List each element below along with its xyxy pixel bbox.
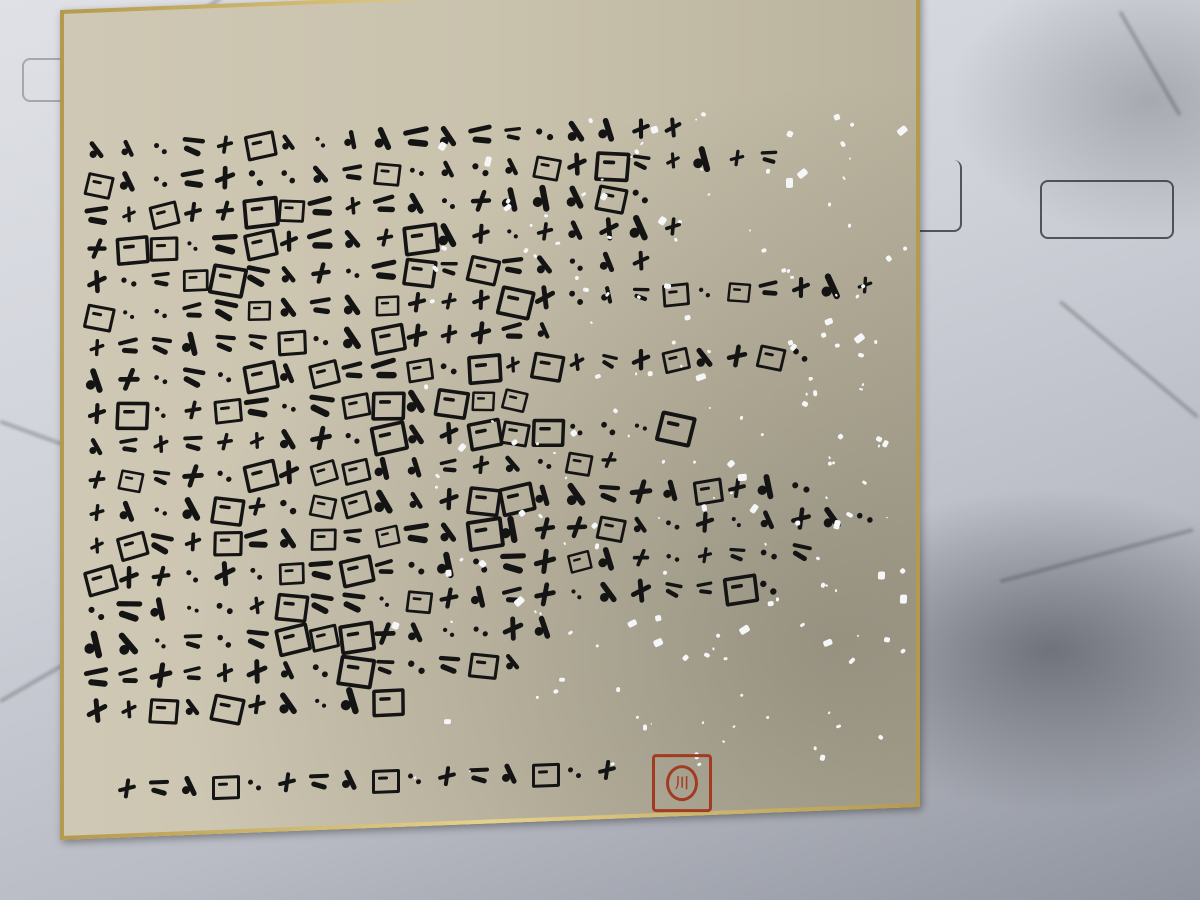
seal-glyph: 川 (666, 765, 698, 801)
ink-character (758, 145, 780, 168)
ink-character (110, 361, 148, 398)
silver-fleck (836, 433, 843, 440)
silver-fleck (799, 622, 805, 627)
ink-character (370, 124, 400, 154)
ink-character (464, 481, 498, 514)
ink-character (274, 424, 304, 455)
ink-character (305, 322, 337, 355)
marble-vein (1059, 300, 1199, 418)
ink-character (495, 182, 530, 216)
ink-character (628, 512, 653, 538)
silver-fleck (900, 648, 906, 654)
silver-fleck (827, 202, 830, 206)
silver-fleck (824, 317, 833, 325)
ink-character (725, 543, 748, 565)
silver-fleck (878, 444, 881, 447)
ink-character (175, 458, 211, 493)
ink-character (145, 197, 176, 229)
silver-fleck (543, 214, 547, 218)
silver-fleck (567, 630, 573, 635)
ink-character (400, 253, 434, 286)
ink-character (467, 219, 495, 248)
ink-character (118, 137, 140, 160)
ink-character (238, 520, 275, 558)
ink-character (339, 257, 367, 286)
ink-character (470, 388, 492, 410)
ink-character (562, 758, 588, 785)
ink-character (596, 348, 622, 373)
ink-character (782, 466, 820, 505)
ink-character (114, 775, 140, 802)
ink-character (687, 141, 724, 177)
ink-character (115, 695, 143, 723)
ink-character (113, 528, 146, 561)
ink-character (276, 360, 302, 386)
ink-character (501, 121, 524, 145)
ink-character (206, 554, 245, 594)
ink-character (628, 149, 655, 175)
ink-character (464, 250, 499, 284)
silver-fleck (834, 344, 840, 349)
ink-character (334, 649, 373, 687)
ink-character (83, 466, 111, 493)
ink-character (531, 151, 560, 179)
ink-character (335, 616, 371, 653)
ink-character (80, 198, 114, 233)
ink-character (560, 510, 595, 544)
ink-character (468, 452, 494, 478)
silver-fleck (583, 287, 589, 291)
ink-character (209, 624, 241, 655)
mat-seam (1040, 180, 1174, 239)
ink-character (464, 184, 499, 218)
ink-character (244, 691, 270, 718)
ink-character (402, 188, 432, 219)
silver-fleck (696, 373, 707, 382)
silver-fleck (849, 122, 855, 127)
ink-character (304, 422, 337, 454)
silver-fleck (776, 598, 779, 602)
silver-fleck (702, 721, 705, 724)
ink-character (241, 127, 274, 161)
ink-character (274, 769, 300, 796)
ink-character (785, 536, 816, 566)
silver-fleck (653, 638, 664, 648)
ink-character (237, 157, 277, 196)
ink-character (143, 525, 180, 561)
ink-character (466, 317, 497, 349)
ink-character (85, 335, 109, 360)
ink-character (373, 522, 398, 547)
ink-character (630, 283, 653, 305)
ink-character (402, 419, 432, 450)
ink-character (499, 384, 526, 411)
ink-character (559, 475, 596, 513)
ink-character (305, 258, 337, 289)
silver-fleck (626, 618, 637, 628)
ink-character (338, 487, 369, 518)
ink-character (400, 648, 434, 683)
ink-character (591, 210, 628, 247)
ink-character (271, 488, 307, 522)
silver-fleck (635, 372, 637, 375)
ink-character (114, 661, 145, 692)
silver-fleck (878, 572, 885, 580)
silver-fleck (643, 725, 647, 731)
ink-character (399, 218, 435, 255)
ink-character (211, 527, 239, 555)
ink-character (305, 356, 337, 388)
ink-character (244, 427, 270, 453)
ink-character (694, 544, 715, 566)
ink-character (626, 245, 656, 276)
ink-character (816, 500, 850, 534)
ink-character (307, 128, 334, 155)
ink-character (434, 649, 465, 679)
ink-character (80, 232, 114, 265)
silver-fleck (684, 315, 691, 321)
ink-character (528, 347, 562, 380)
marble-vein (1000, 528, 1194, 583)
ink-character (398, 514, 435, 552)
ink-character (113, 330, 144, 362)
ink-character (175, 360, 210, 395)
ink-character (146, 561, 176, 590)
marble-vein (1119, 11, 1182, 116)
ink-character (340, 522, 366, 549)
silver-fleck (824, 496, 827, 500)
ink-character (400, 384, 434, 420)
ink-character (240, 622, 273, 654)
ink-character (563, 348, 591, 377)
ink-character (206, 291, 244, 328)
ink-character (309, 525, 333, 549)
ink-character (274, 391, 304, 422)
ink-character (690, 474, 720, 505)
ink-character (534, 320, 556, 341)
ink-character (243, 591, 271, 620)
ink-character (502, 155, 525, 179)
silver-fleck (859, 388, 863, 391)
ink-character (693, 280, 717, 303)
ink-character (272, 588, 306, 621)
ink-character (501, 352, 526, 377)
ink-character (368, 187, 403, 223)
ink-character (180, 198, 206, 225)
ink-character (79, 659, 116, 697)
silver-fleck (536, 696, 539, 699)
silver-fleck (836, 725, 842, 730)
ink-character (246, 297, 268, 319)
ink-character (338, 766, 364, 793)
silver-fleck (823, 638, 833, 647)
ink-character (594, 478, 625, 508)
silver-fleck (595, 644, 599, 648)
ink-character (659, 542, 687, 571)
ink-character (593, 114, 626, 146)
ink-character (816, 269, 850, 303)
ink-character (148, 630, 173, 655)
ink-character (337, 288, 369, 321)
ink-character (366, 416, 404, 455)
ink-character (465, 151, 498, 185)
ink-character (148, 496, 175, 524)
ink-character (437, 290, 460, 313)
silver-fleck (594, 543, 599, 549)
ink-character (660, 279, 686, 306)
red-seal-stamp: 川 (652, 754, 712, 812)
ink-character (116, 168, 143, 196)
silver-fleck (715, 633, 721, 639)
ink-character (243, 328, 270, 355)
ink-character (434, 763, 460, 790)
silver-fleck (703, 652, 710, 658)
silver-fleck (787, 130, 794, 137)
ink-character (367, 616, 404, 652)
ink-character (306, 768, 332, 795)
ink-character (239, 191, 275, 228)
silver-fleck (737, 474, 746, 481)
ink-character (335, 320, 370, 356)
signature-line (114, 752, 620, 805)
ink-character (85, 434, 109, 459)
ink-character (338, 455, 367, 485)
ink-character (595, 249, 622, 275)
silver-fleck (617, 687, 621, 692)
ink-character (339, 389, 368, 419)
ink-character (622, 571, 660, 610)
ink-character (146, 694, 176, 723)
ink-character (82, 398, 112, 429)
ink-character (370, 765, 396, 792)
ink-character (498, 760, 524, 787)
ink-character (178, 295, 209, 326)
silver-fleck (877, 734, 884, 741)
ink-character (594, 511, 624, 540)
ink-character (177, 492, 210, 526)
silver-fleck (655, 615, 663, 622)
ink-character (113, 231, 145, 264)
ink-character (401, 319, 432, 352)
silver-fleck (636, 716, 640, 719)
ink-character (659, 344, 687, 373)
ink-character (306, 620, 336, 651)
silver-fleck (842, 176, 846, 180)
ink-character (529, 612, 560, 642)
silver-fleck (853, 332, 865, 343)
ink-character (592, 180, 625, 212)
ink-character (438, 157, 461, 180)
ink-character (337, 223, 368, 255)
ink-character (529, 414, 561, 445)
silver-fleck (862, 480, 868, 485)
ink-character (78, 691, 117, 731)
ink-character (118, 302, 141, 325)
silver-fleck (835, 590, 838, 593)
ink-character (147, 166, 174, 194)
silver-fleck (693, 461, 696, 464)
ink-character (722, 341, 753, 371)
silver-fleck (861, 383, 864, 387)
ink-character (438, 619, 461, 642)
ink-character (592, 575, 625, 609)
ink-character (398, 117, 437, 157)
ink-character (724, 509, 749, 534)
ink-character (112, 560, 145, 594)
ink-character (401, 154, 432, 186)
ink-character (462, 512, 499, 551)
ink-character (436, 189, 463, 216)
ink-character (239, 389, 275, 426)
ink-character (302, 386, 341, 424)
ink-character (720, 569, 755, 605)
ink-character (689, 341, 721, 374)
silver-fleck (749, 230, 752, 232)
ink-character (82, 168, 112, 198)
ink-character (307, 490, 335, 517)
ink-character (276, 196, 302, 221)
ink-character (725, 279, 748, 301)
ink-character (368, 452, 401, 484)
ink-character (179, 693, 206, 721)
ink-character (368, 484, 403, 520)
ink-character (786, 503, 816, 534)
ink-character (273, 522, 304, 554)
ink-character (495, 610, 532, 648)
ink-character (205, 258, 244, 296)
ink-character (757, 508, 782, 532)
ink-character (148, 266, 174, 293)
ink-character (113, 397, 145, 428)
ink-character (498, 449, 527, 479)
silver-fleck (820, 331, 827, 338)
ink-character (596, 447, 623, 473)
ink-character (627, 544, 656, 572)
silver-fleck (885, 255, 892, 262)
ink-character (592, 146, 627, 180)
silver-fleck (857, 352, 864, 358)
ink-character (366, 251, 404, 290)
ink-character (211, 460, 239, 489)
ink-character (659, 509, 688, 539)
silver-fleck (681, 654, 689, 662)
ink-character (751, 535, 787, 571)
ink-character (594, 756, 620, 783)
ink-character (240, 225, 274, 260)
ink-character (374, 292, 396, 315)
ink-character (147, 364, 175, 393)
ink-character (562, 248, 593, 278)
ink-character (432, 350, 466, 385)
ink-character (181, 265, 205, 290)
ink-character (210, 771, 236, 798)
ink-character (436, 321, 462, 348)
silver-fleck (848, 223, 851, 227)
ink-character (466, 614, 497, 645)
ink-character (307, 456, 336, 485)
silver-fleck (529, 224, 532, 227)
ink-character (305, 290, 336, 322)
ink-character (210, 328, 240, 357)
ink-character (372, 225, 398, 250)
ink-character (80, 364, 114, 397)
ink-character (208, 491, 242, 524)
silver-fleck (807, 377, 811, 382)
ink-character (242, 770, 268, 797)
ink-character (493, 510, 533, 549)
ink-character (435, 584, 464, 612)
silver-fleck (649, 371, 654, 376)
ink-character (526, 278, 565, 318)
silver-fleck (805, 393, 808, 397)
ink-character (653, 404, 694, 444)
silver-fleck (559, 677, 565, 681)
ink-character (628, 412, 655, 440)
silver-fleck (882, 440, 889, 448)
ink-character (303, 585, 339, 620)
ink-character (180, 528, 207, 556)
silver-fleck (827, 456, 830, 459)
silver-fleck (903, 246, 908, 251)
ink-character (431, 383, 466, 417)
ink-character (146, 330, 177, 360)
silver-fleck (760, 433, 764, 437)
ink-character (81, 595, 113, 627)
silver-fleck (761, 248, 767, 253)
silver-fleck (832, 461, 836, 465)
ink-character (530, 481, 560, 510)
ink-character (273, 291, 304, 323)
silver-fleck (709, 406, 712, 409)
ink-character (404, 619, 430, 645)
silver-fleck (886, 517, 888, 519)
silver-fleck (797, 168, 809, 180)
silver-fleck (874, 339, 877, 343)
ink-character (726, 147, 748, 169)
silver-fleck (827, 711, 831, 715)
silver-fleck (820, 582, 825, 588)
ink-character (176, 161, 210, 196)
ink-character (277, 658, 301, 682)
ink-character (147, 134, 174, 160)
silver-fleck (813, 746, 817, 751)
ink-character (463, 116, 499, 153)
ink-character (271, 618, 307, 655)
ink-character (211, 658, 240, 687)
ink-character (239, 653, 276, 691)
ink-character (212, 362, 239, 390)
ink-character (277, 559, 301, 584)
ink-character (693, 576, 717, 601)
ink-character (339, 126, 367, 153)
silver-fleck (424, 384, 428, 389)
silver-fleck (723, 657, 727, 660)
ink-character (370, 552, 399, 582)
ink-character (275, 260, 303, 289)
ink-character (81, 299, 113, 330)
ink-character (85, 533, 110, 558)
ink-character (659, 576, 686, 603)
ink-character (181, 628, 205, 653)
ink-character (494, 477, 531, 515)
ink-character (372, 588, 399, 614)
silver-fleck (848, 657, 856, 665)
silver-fleck (897, 125, 909, 136)
ink-character (496, 545, 530, 580)
silver-fleck (858, 635, 860, 638)
silver-fleck (849, 157, 852, 160)
silver-fleck (833, 114, 840, 122)
